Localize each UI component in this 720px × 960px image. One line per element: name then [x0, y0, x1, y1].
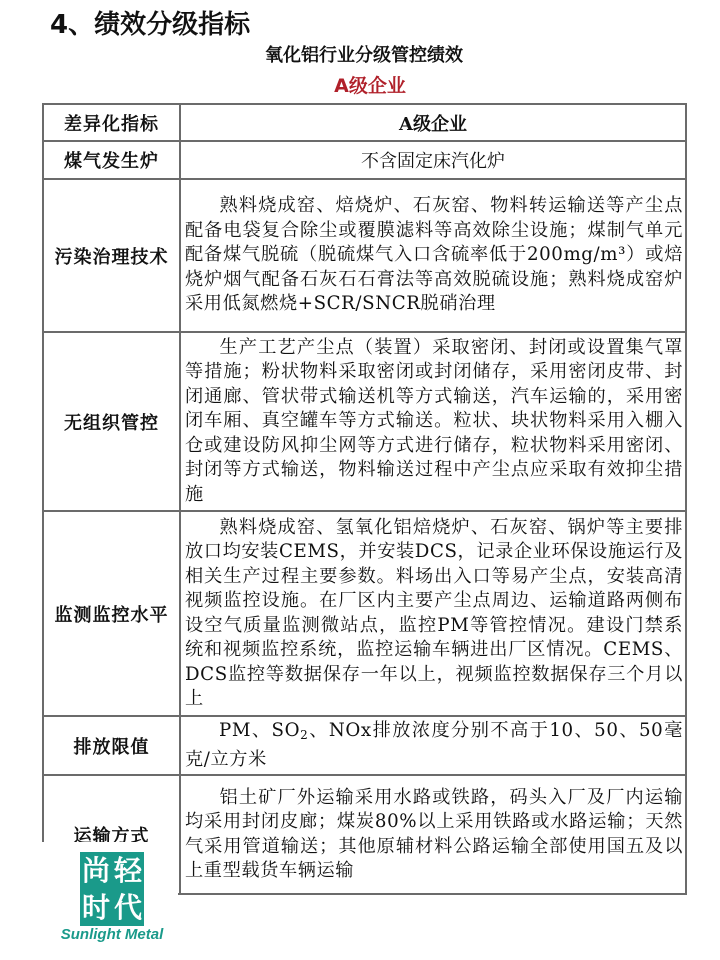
row-value-emission-limits: PM、SO2、NOx排放浓度分别不高于10、50、50毫克/立方米	[180, 716, 686, 775]
row-text: 铝土矿厂外运输采用水路或铁路，码头入厂及厂内运输均采用封闭皮廊；煤炭80%以上采…	[185, 787, 683, 882]
table-row: 监测监控水平 熟料烧成窑、氢氧化铝焙烧炉、石灰窑、锅炉等主要排放口均安装CEMS…	[43, 511, 686, 716]
performance-table: 差异化指标 A级企业 煤气发生炉 不含固定床汽化炉 污染治理技术 熟料烧成窑、焙…	[42, 103, 687, 895]
logo-char: 代	[112, 889, 144, 926]
logo-mark-icon: 尚 轻 时 代	[80, 852, 144, 926]
table-header-row: 差异化指标 A级企业	[43, 104, 686, 141]
logo-char: 尚	[80, 852, 112, 889]
logo-char: 轻	[112, 852, 144, 889]
row-text: 熟料烧成窑、氢氧化铝焙烧炉、石灰窑、锅炉等主要排放口均安装CEMS，并安装DCS…	[185, 517, 683, 710]
row-text: 熟料烧成窑、焙烧炉、石灰窑、物料转运输送等产尘点配备电袋复合除尘或覆膜滤料等高效…	[185, 195, 683, 314]
row-label-emission-limits: 排放限值	[43, 716, 180, 775]
logo-char: 时	[80, 889, 112, 926]
section-title: 4、绩效分级指标	[50, 4, 250, 41]
row-value-fugitive-control: 生产工艺产尘点（装置）采取密闭、封闭或设置集气罩等措施；粉状物料采取密闭或封闭储…	[180, 332, 686, 511]
table-row: 污染治理技术 熟料烧成窑、焙烧炉、石灰窑、物料转运输送等产尘点配备电袋复合除尘或…	[43, 179, 686, 332]
logo-wordmark: Sunlight Metal	[42, 926, 182, 943]
row-text-pre: PM、SO	[219, 720, 300, 741]
row-label-fugitive-control: 无组织管控	[43, 332, 180, 511]
row-value-monitoring: 熟料烧成窑、氢氧化铝焙烧炉、石灰窑、锅炉等主要排放口均安装CEMS，并安装DCS…	[180, 511, 686, 716]
row-value-gas-generator: 不含固定床汽化炉	[180, 141, 686, 179]
row-label-gas-generator: 煤气发生炉	[43, 141, 180, 179]
header-label-cell: 差异化指标	[43, 104, 180, 141]
grade-title: A级企业	[0, 71, 720, 98]
table-row: 无组织管控 生产工艺产尘点（装置）采取密闭、封闭或设置集气罩等措施；粉状物料采取…	[43, 332, 686, 511]
row-label-pollution-control: 污染治理技术	[43, 179, 180, 332]
header-value-cell: A级企业	[180, 104, 686, 141]
row-value-transport: 铝土矿厂外运输采用水路或铁路，码头入厂及厂内运输均采用封闭皮廊；煤炭80%以上采…	[180, 775, 686, 894]
table-row: 煤气发生炉 不含固定床汽化炉	[43, 141, 686, 179]
row-value-pollution-control: 熟料烧成窑、焙烧炉、石灰窑、物料转运输送等产尘点配备电袋复合除尘或覆膜滤料等高效…	[180, 179, 686, 332]
table-row: 排放限值 PM、SO2、NOx排放浓度分别不高于10、50、50毫克/立方米	[43, 716, 686, 775]
sunlight-metal-logo: 尚 轻 时 代 Sunlight Metal	[40, 852, 180, 944]
table-title: 氧化铝行业分级管控绩效	[0, 41, 720, 67]
row-text: 生产工艺产尘点（装置）采取密闭、封闭或设置集气罩等措施；粉状物料采取密闭或封闭储…	[185, 337, 683, 505]
row-label-monitoring: 监测监控水平	[43, 511, 180, 716]
